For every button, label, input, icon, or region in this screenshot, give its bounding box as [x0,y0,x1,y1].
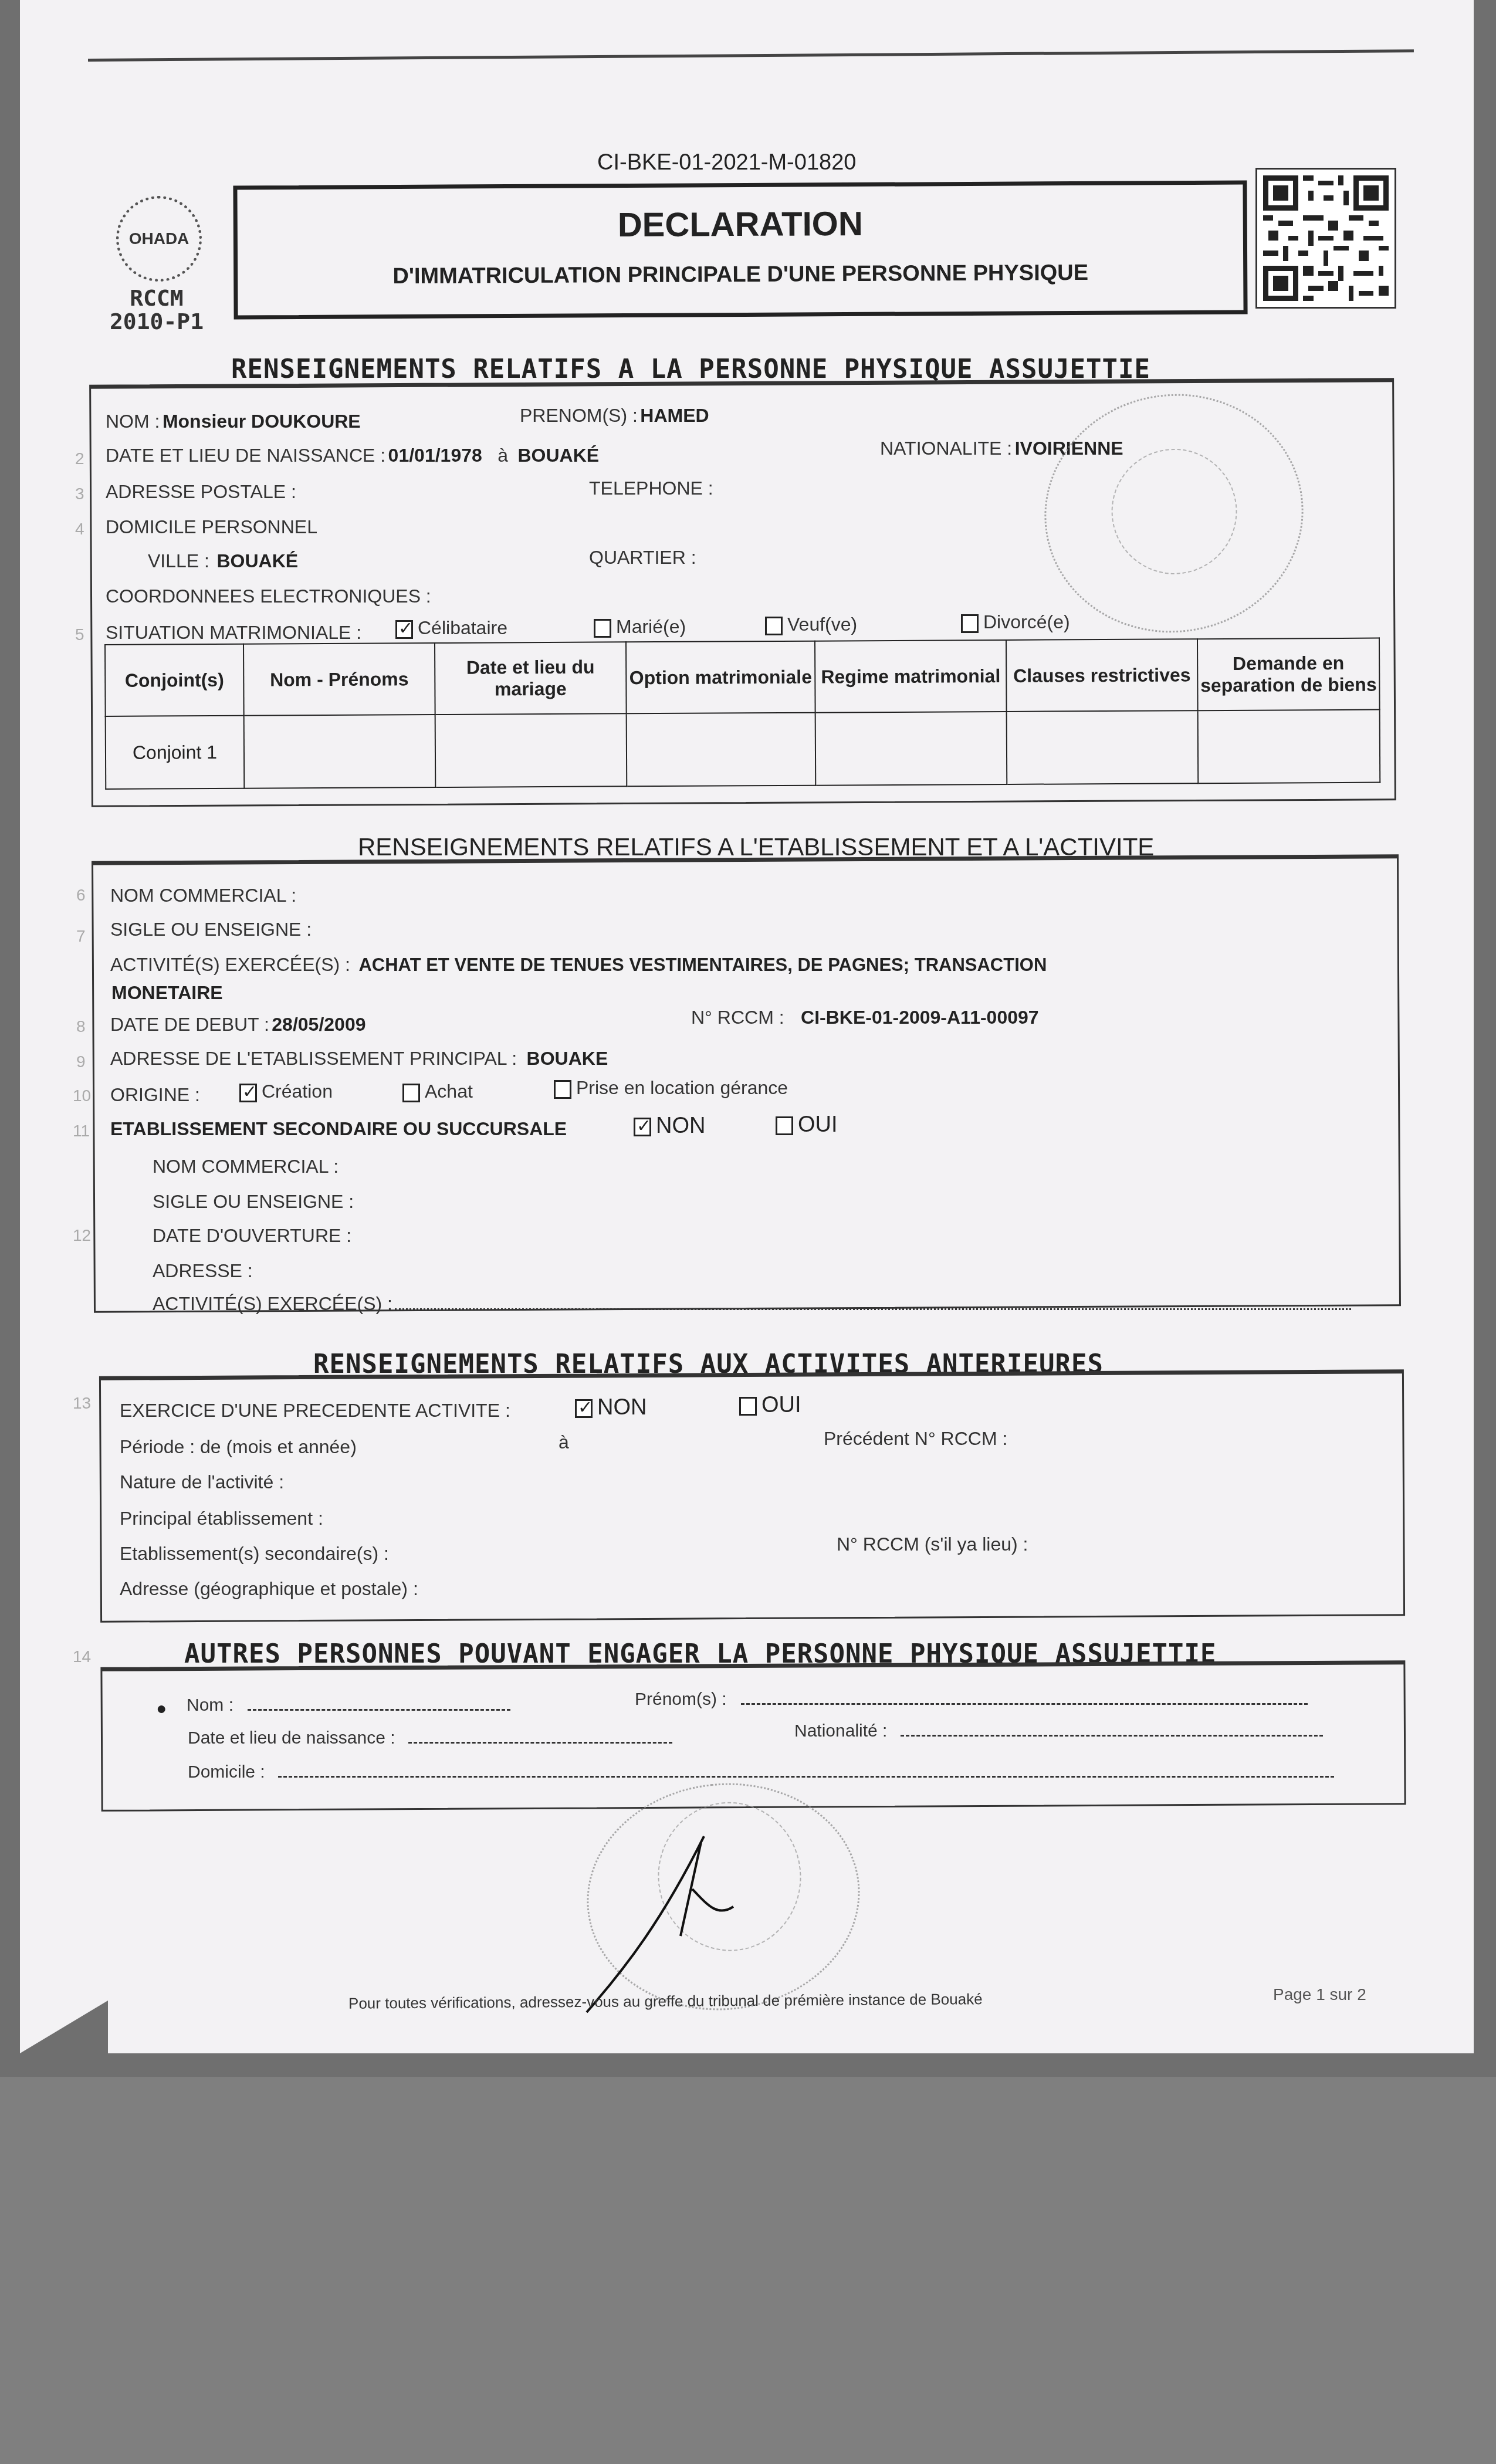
form-code-line1: RCCM [101,286,212,310]
table-cell[interactable] [244,715,436,788]
margin-number: 7 [76,927,86,946]
margin-number: 12 [73,1226,91,1245]
origine-location-gerance[interactable]: Prise en location gérance [554,1077,788,1099]
margin-number: 10 [73,1087,91,1105]
naissance-field: DATE ET LIEU DE NAISSANCE : 01/01/1978 à… [106,445,599,466]
periode-separator: à [559,1431,569,1453]
table-cell[interactable] [1198,710,1380,784]
sigle-label: SIGLE OU ENSEIGNE : [110,919,312,940]
option-label: Divorcé(e) [983,611,1070,632]
emblem-icon [1104,441,1245,583]
option-label: OUI [761,1393,801,1417]
secondaires-label: Etablissement(s) secondaire(s) : [120,1543,389,1565]
periode-label: Période : de (mois et année) [120,1436,357,1458]
rccm-value: CI-BKE-01-2009-A11-00097 [801,1007,1039,1028]
situation-celibataire[interactable]: Célibataire [395,617,507,639]
folded-corner [20,2001,108,2053]
situation-divorce[interactable]: Divorcé(e) [961,611,1070,633]
checkbox-unchecked[interactable] [739,1397,757,1416]
margin-number: 2 [75,449,84,468]
situation-marie[interactable]: Marié(e) [594,616,686,638]
signature-icon [575,1819,763,2018]
column-header: Demande en separation de biens [1197,638,1380,711]
prenom-fill-line[interactable] [741,1691,1308,1705]
nationalite-label: NATIONALITE : [880,438,1012,459]
nom-fill-line[interactable] [248,1697,510,1711]
conjoints-table: Conjoint(s) Nom - Prénoms Date et lieu d… [104,638,1380,790]
table-cell[interactable] [815,712,1007,786]
autre-nationalite-field: Nationalité : [794,1721,1323,1741]
naissance-date: 01/01/1978 [388,445,482,466]
option-label: Achat [425,1081,473,1102]
table-row: Conjoint 1 [106,710,1380,789]
column-header: Regime matrimonial [815,640,1007,713]
margin-number: 3 [75,485,84,503]
table-cell: Conjoint 1 [106,716,245,789]
checkbox-unchecked[interactable] [402,1084,420,1102]
checkbox-unchecked[interactable] [554,1080,571,1099]
checkbox-checked[interactable] [575,1399,593,1418]
column-header: Date et lieu du mariage [435,642,627,715]
prenom-field: PRENOM(S) : HAMED [520,405,709,427]
margin-number: 8 [76,1017,86,1036]
table-cell[interactable] [627,713,816,787]
autre-prenom-label: Prénom(s) : [635,1690,727,1709]
margin-number: 14 [73,1647,91,1666]
date-debut-value: 28/05/2009 [272,1014,365,1035]
nationalite-fill-line[interactable] [901,1723,1323,1737]
secondaire-label: ETABLISSEMENT SECONDAIRE OU SUCCURSALE [110,1118,567,1140]
title-box: DECLARATION D'IMMATRICULATION PRINCIPALE… [233,180,1247,319]
date-debut-field: DATE DE DEBUT : 28/05/2009 [110,1014,365,1035]
date-debut-label: DATE DE DEBUT : [110,1014,269,1035]
column-header: Conjoint(s) [105,644,244,716]
table-cell[interactable] [435,713,627,787]
domicile-fill-line[interactable] [278,1764,1334,1778]
checkbox-unchecked[interactable] [776,1116,793,1135]
nom-value: Monsieur DOUKOURE [163,411,361,432]
table-header-row: Conjoint(s) Nom - Prénoms Date et lieu d… [105,638,1380,716]
ville-label: VILLE : [148,550,209,571]
autre-nationalite-label: Nationalité : [794,1721,887,1741]
column-header: Nom - Prénoms [243,643,435,716]
option-label: OUI [798,1112,838,1137]
qr-code-icon [1255,168,1396,309]
prenom-value: HAMED [640,405,709,426]
nom-label: NOM : [106,411,160,432]
checkbox-checked[interactable] [395,620,413,639]
exercice-non[interactable]: NON [575,1395,647,1420]
autre-naissance-label: Date et lieu de naissance : [188,1728,395,1748]
adresse-anterieure-label: Adresse (géographique et postale) : [120,1578,418,1600]
quartier-label: QUARTIER : [589,547,696,568]
document-subtitle: D'IMMATRICULATION PRINCIPALE D'UNE PERSO… [238,260,1243,290]
principal-label: Principal établissement : [120,1508,323,1529]
prenom-label: PRENOM(S) : [520,405,638,426]
margin-number: 11 [73,1122,90,1140]
option-label: NON [597,1395,647,1420]
domicile-label: DOMICILE PERSONNEL [106,516,317,538]
sec-adresse-label: ADRESSE : [153,1260,253,1282]
adresse-principal-field: ADRESSE DE L'ETABLISSEMENT PRINCIPAL : B… [110,1048,608,1069]
checkbox-checked[interactable] [239,1084,257,1102]
situation-label: SITUATION MATRIMONIALE : [106,622,361,644]
secondaire-oui[interactable]: OUI [776,1112,838,1138]
bullet-icon: ● [156,1699,167,1719]
activite-value-line2: MONETAIRE [111,982,223,1004]
telephone-label: TELEPHONE : [589,478,713,499]
option-label: Marié(e) [616,616,686,637]
checkbox-unchecked[interactable] [961,614,979,633]
option-label: Prise en location gérance [576,1077,788,1098]
rccm-field: N° RCCM : CI-BKE-01-2009-A11-00097 [691,1007,1039,1028]
exercice-label: EXERCICE D'UNE PRECEDENTE ACTIVITE : [120,1400,510,1421]
adresse-principal-label: ADRESSE DE L'ETABLISSEMENT PRINCIPAL : [110,1048,517,1069]
page-number: Page 1 sur 2 [1273,1985,1366,2004]
secondaire-non[interactable]: NON [634,1113,705,1139]
ville-field: VILLE : BOUAKÉ [148,550,298,572]
nom-field: NOM : Monsieur DOUKOURE [106,411,361,432]
sec-sigle-label: SIGLE OU ENSEIGNE : [153,1191,354,1213]
option-label: Création [262,1081,333,1102]
option-label: Veuf(ve) [787,614,857,635]
ohada-logo: OHADA [116,196,202,282]
autre-naissance-field: Date et lieu de naissance : [188,1728,672,1748]
checkbox-unchecked[interactable] [765,617,783,635]
margin-number: 13 [73,1394,91,1413]
origine-label: ORIGINE : [110,1084,200,1106]
sec-nom-commercial-label: NOM COMMERCIAL : [153,1156,339,1177]
adresse-postale-label: ADRESSE POSTALE : [106,481,296,503]
logo-text: OHADA [129,229,189,248]
sec-activite-field: ACTIVITÉ(S) EXERCÉE(S) : [153,1293,1351,1315]
autre-domicile-label: Domicile : [188,1762,265,1782]
form-code: RCCM 2010-P1 [101,286,212,333]
reference-number: CI-BKE-01-2021-M-01820 [597,150,856,175]
dotted-fill-line[interactable] [395,1297,1351,1310]
naissance-fill-line[interactable] [408,1730,672,1744]
form-code-line2: 2010-P1 [101,310,212,333]
origine-achat[interactable]: Achat [402,1081,473,1102]
autre-nom-label: Nom : [187,1695,233,1715]
column-header: Clauses restrictives [1006,639,1198,712]
naissance-label: DATE ET LIEU DE NAISSANCE : [106,445,385,466]
sec-activite-label: ACTIVITÉ(S) EXERCÉE(S) : [153,1293,392,1314]
activite-value: ACHAT ET VENTE DE TENUES VESTIMENTAIRES,… [358,955,1047,975]
option-label: NON [656,1113,705,1138]
margin-number: 9 [76,1052,86,1071]
rccm-label: N° RCCM : [691,1007,784,1028]
checkbox-unchecked[interactable] [594,619,611,638]
naissance-separator: à [497,445,508,466]
activite-label: ACTIVITÉ(S) EXERCÉE(S) : [110,954,350,975]
adresse-principal-value: BOUAKE [527,1048,608,1069]
precedent-rccm-label: Précédent N° RCCM : [824,1428,1007,1450]
column-header: Option matrimoniale [626,641,815,714]
naissance-lieu: BOUAKÉ [517,445,599,466]
exercice-oui[interactable]: OUI [739,1393,801,1418]
coordonnees-label: COORDONNEES ELECTRONIQUES : [106,585,431,607]
origine-creation[interactable]: Création [239,1081,333,1102]
situation-veuf[interactable]: Veuf(ve) [765,614,857,635]
nature-label: Nature de l'activité : [120,1471,284,1493]
document-title: DECLARATION [238,202,1243,247]
autre-prenom-field: Prénom(s) : [635,1690,1308,1710]
checkbox-checked[interactable] [634,1118,651,1136]
sec-date-ouverture-label: DATE D'OUVERTURE : [153,1225,351,1247]
nom-commercial-label: NOM COMMERCIAL : [110,885,296,906]
rccm-lieu-label: N° RCCM (s'il ya lieu) : [837,1534,1028,1555]
margin-number: 5 [75,625,84,644]
margin-number: 4 [75,520,84,539]
ville-value: BOUAKÉ [216,550,298,571]
autre-domicile-field: Domicile : [188,1762,1334,1782]
option-label: Célibataire [418,617,507,638]
autre-nom-field: Nom : [187,1695,510,1715]
margin-number: 6 [76,886,86,905]
table-cell[interactable] [1007,710,1199,784]
activite-field: ACTIVITÉ(S) EXERCÉE(S) : ACHAT ET VENTE … [110,954,1047,976]
